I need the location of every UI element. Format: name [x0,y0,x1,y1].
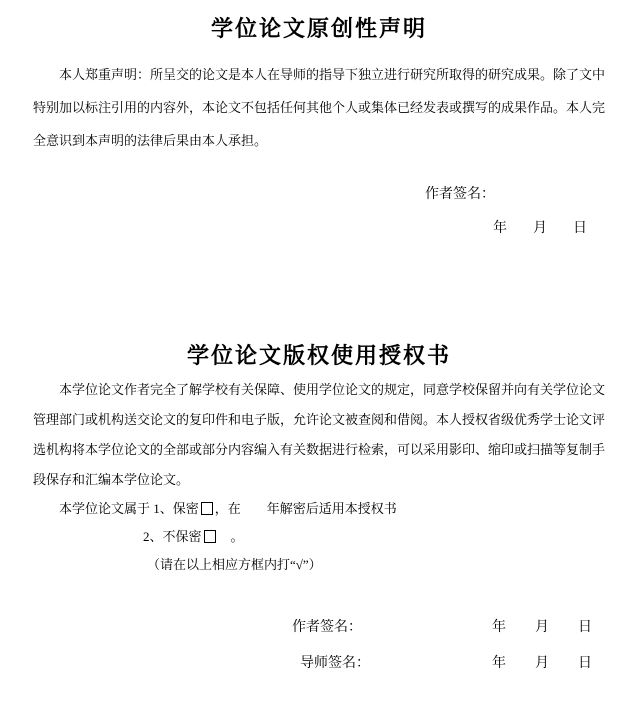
date-group: 年 月 日 [492,653,605,675]
signature-row: 导师签名： 年 月 日 [33,653,605,675]
date-group: 年 月 日 [492,617,605,639]
day-label: 日 [578,653,592,675]
secrecy-checkbox[interactable] [201,502,213,515]
declaration-date-row: 年 月 日 [33,219,605,239]
declaration-title: 学位论文原创性声明 [33,16,605,42]
month-label: 月 [533,219,547,239]
supervisor-signature-label: 导师签名： [300,653,370,675]
public-option-line: 2、不保密 。 [33,523,605,551]
author-signature-label: 作者签名： [292,617,362,639]
month-label: 月 [535,653,549,675]
secrecy-option-suffix: ，在 年解密后适用本授权书 [215,501,397,516]
public-option-prefix: 2、不保密 [143,529,202,544]
authorization-section: 学位论文版权使用授权书 本学位论文作者完全了解学校有关保障、使用学位论文的规定，… [33,343,605,675]
secrecy-option-line: 本学位论文属于 1、保密，在 年解密后适用本授权书 [33,495,605,523]
public-checkbox[interactable] [204,530,216,543]
authorization-body: 本学位论文作者完全了解学校有关保障、使用学位论文的规定，同意学校保留并向有关学位… [33,375,605,495]
signature-row: 作者签名： 年 月 日 [33,617,605,639]
secrecy-option-prefix: 本学位论文属于 1、保密 [59,501,199,516]
day-label: 日 [578,617,592,639]
month-label: 月 [535,617,549,639]
year-label: 年 [493,219,507,239]
checkbox-instruction-note: （请在以上相应方框内打“√”） [33,551,605,579]
public-option-suffix: 。 [218,529,244,544]
declaration-signature-row: 作者签名： [33,185,605,205]
day-label: 日 [573,219,587,239]
declaration-body: 本人郑重声明：所呈交的论文是本人在导师的指导下独立进行研究所取得的研究成果。除了… [33,58,605,157]
document-page: 学位论文原创性声明 本人郑重声明：所呈交的论文是本人在导师的指导下独立进行研究所… [0,0,621,713]
declaration-section: 学位论文原创性声明 本人郑重声明：所呈交的论文是本人在导师的指导下独立进行研究所… [33,16,605,239]
year-label: 年 [492,653,506,675]
author-signature-label: 作者签名： [425,187,495,202]
year-label: 年 [492,617,506,639]
authorization-title: 学位论文版权使用授权书 [33,343,605,369]
